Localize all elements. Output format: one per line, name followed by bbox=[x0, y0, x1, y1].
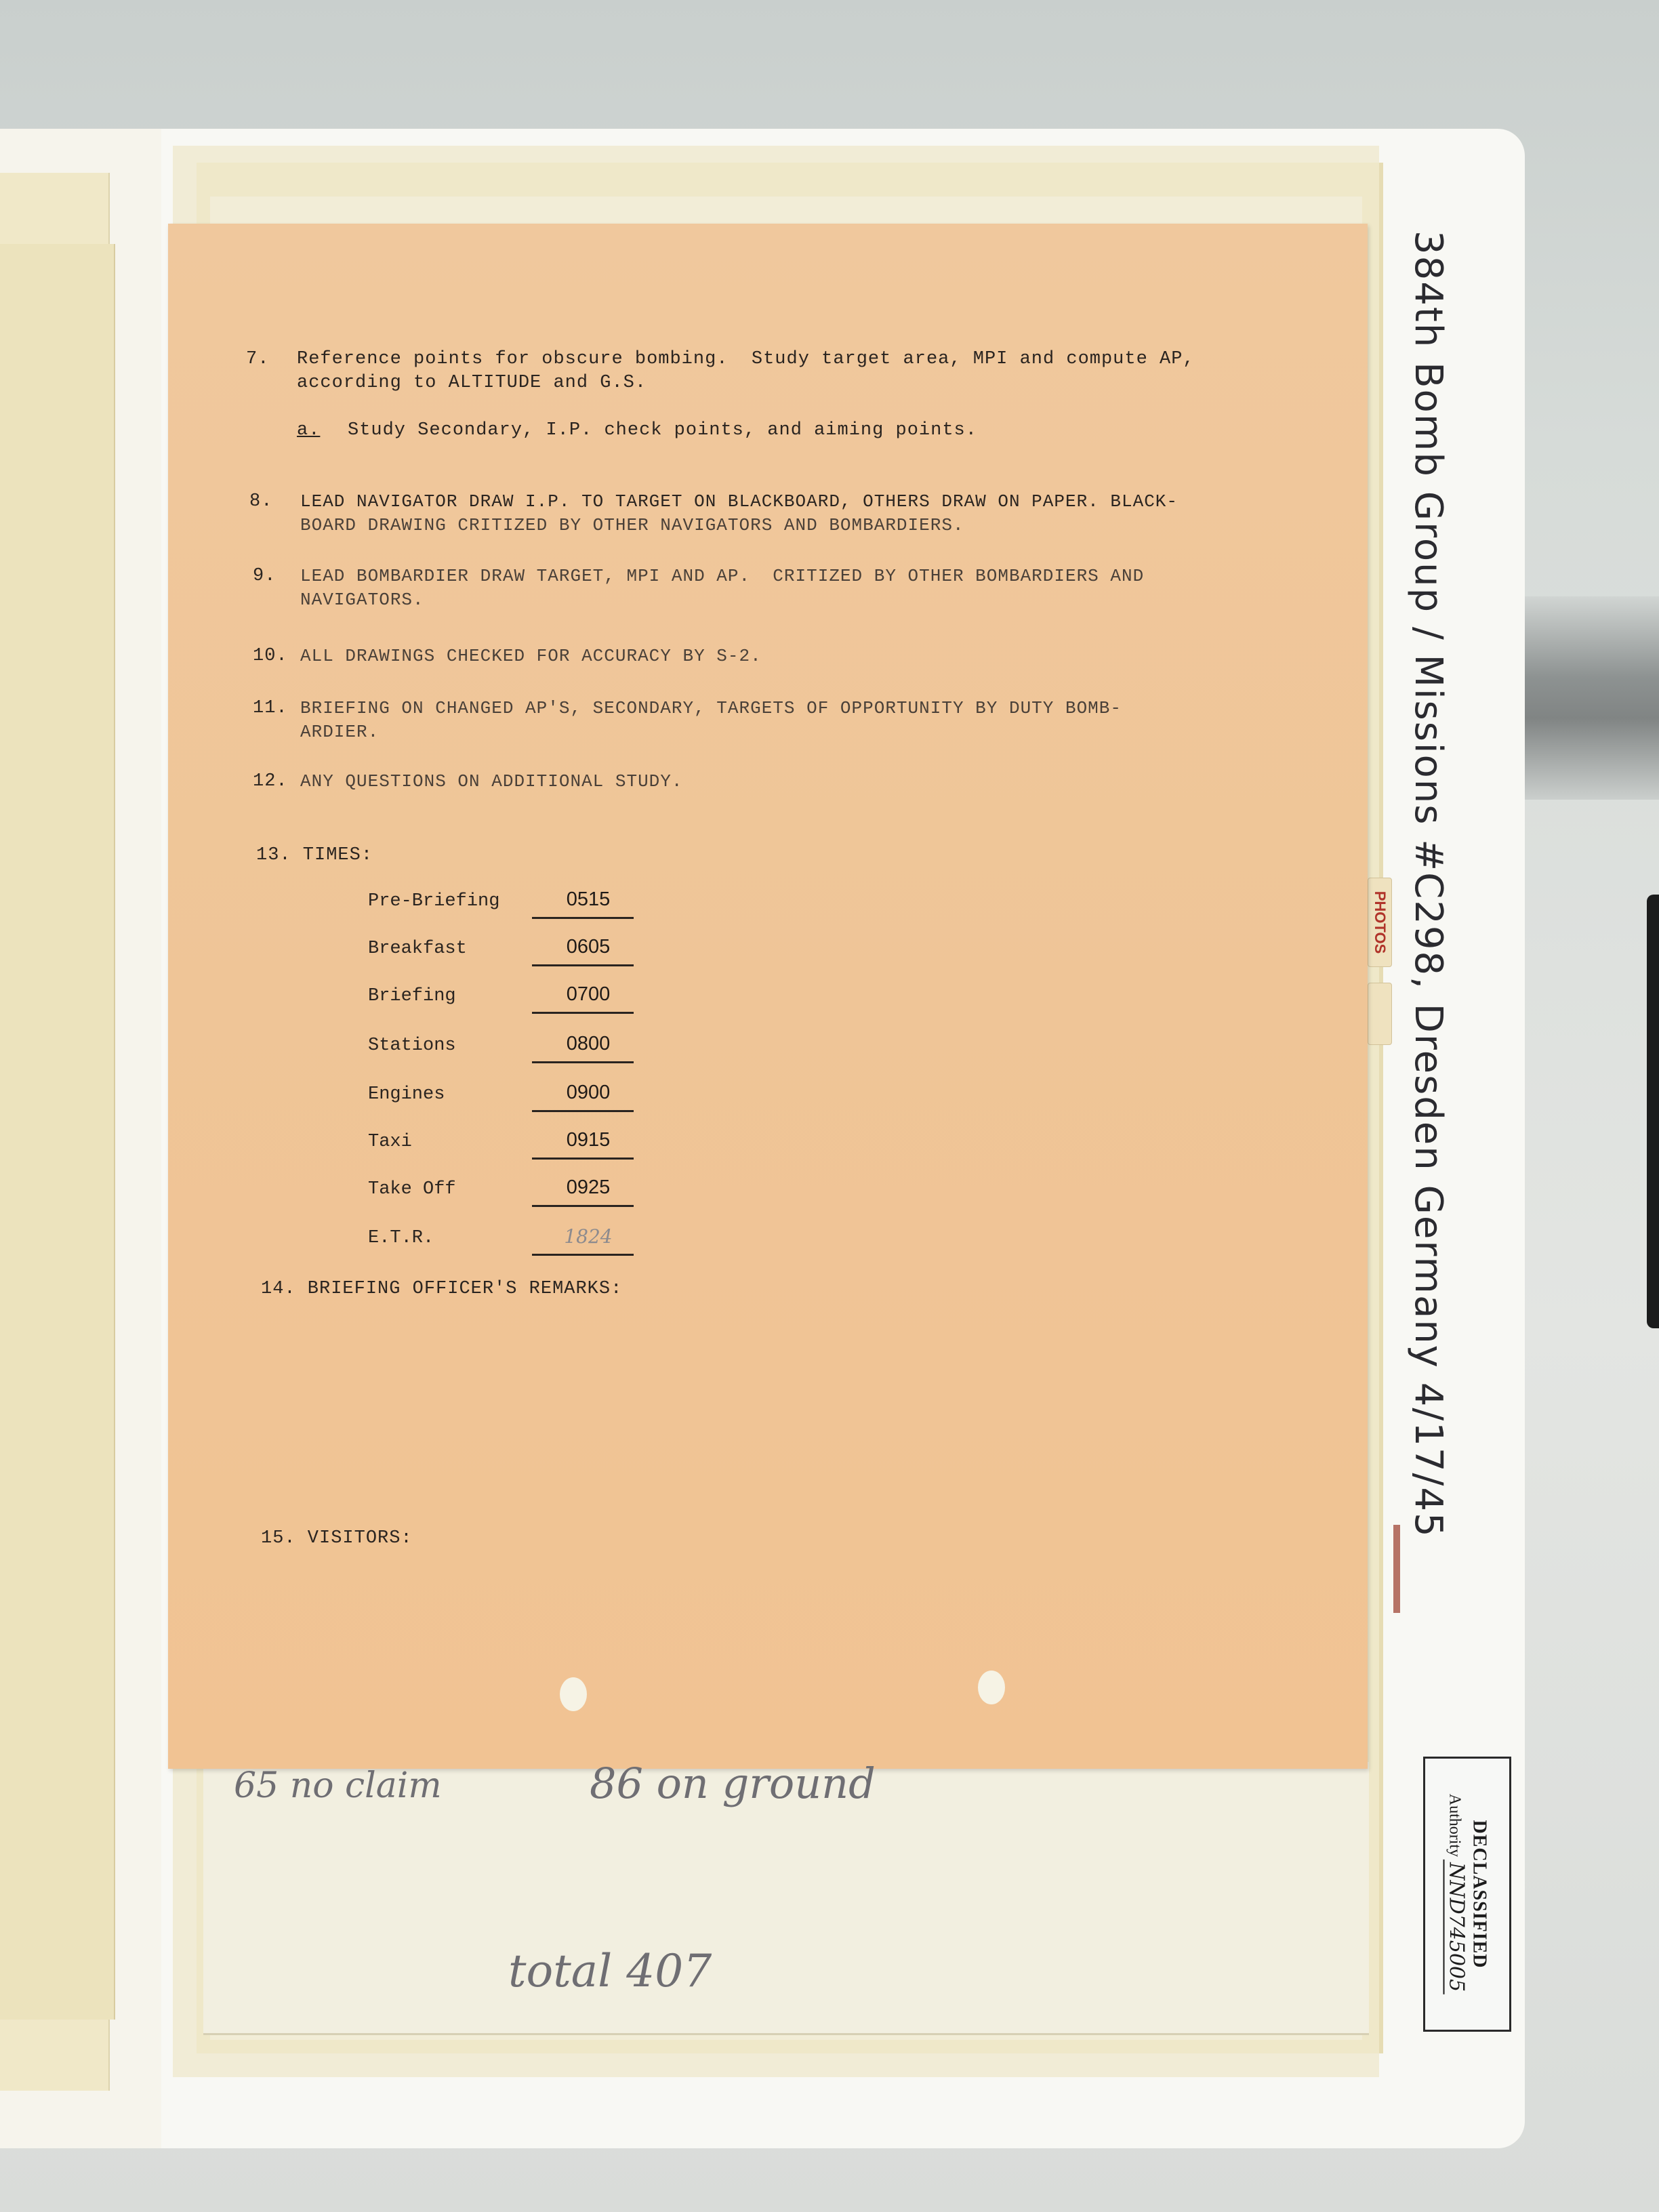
folder-spine-label: 384th Bomb Group / Missions #C298, Dresd… bbox=[1406, 230, 1450, 1538]
time-label: Stations bbox=[368, 1036, 456, 1056]
item-11-line-2: ARDIER. bbox=[300, 722, 379, 742]
red-tab-edge bbox=[1393, 1525, 1400, 1613]
punch-hole bbox=[560, 1677, 587, 1711]
handwritten-total: total 407 bbox=[508, 1945, 712, 1997]
handwritten-note-no-claim: 65 no claim bbox=[234, 1765, 442, 1806]
item-10-num: 10. bbox=[253, 646, 288, 666]
item-9-line-2: NAVIGATORS. bbox=[300, 590, 424, 610]
time-value: 0605 bbox=[537, 936, 639, 958]
time-label: Engines bbox=[368, 1084, 445, 1105]
item-12-num: 12. bbox=[253, 771, 288, 792]
item-7a-line: Study Secondary, I.P. check points, and … bbox=[348, 420, 977, 441]
fill-line bbox=[532, 1254, 634, 1256]
item-8-line-1: LEAD NAVIGATOR DRAW I.P. TO TARGET ON BL… bbox=[300, 491, 1178, 512]
time-label: Breakfast bbox=[368, 939, 467, 959]
item-7-num: 7. bbox=[246, 349, 269, 369]
remarks-heading: 14. BRIEFING OFFICER'S REMARKS: bbox=[261, 1279, 622, 1299]
briefing-document: 7. Reference points for obscure bombing.… bbox=[168, 224, 1368, 1769]
item-8-line-2: BOARD DRAWING CRITIZED BY OTHER NAVIGATO… bbox=[300, 515, 964, 535]
item-9-num: 9. bbox=[253, 566, 276, 586]
item-9-line-1: LEAD BOMBARDIER DRAW TARGET, MPI AND AP.… bbox=[300, 566, 1144, 586]
fill-line bbox=[532, 917, 634, 919]
time-label: E.T.R. bbox=[368, 1228, 434, 1248]
dark-object-edge bbox=[1647, 895, 1659, 1328]
time-value: 0925 bbox=[537, 1176, 639, 1199]
fill-line bbox=[532, 964, 634, 966]
time-value: 0900 bbox=[537, 1082, 639, 1104]
photos-tab-label: PHOTOS bbox=[1371, 891, 1389, 954]
fill-line bbox=[532, 1061, 634, 1063]
visitors-heading: 15. VISITORS: bbox=[261, 1528, 413, 1549]
time-value-handwritten: 1824 bbox=[537, 1225, 639, 1248]
stamp-authority-label: Authority bbox=[1446, 1794, 1464, 1857]
punch-hole bbox=[978, 1671, 1005, 1704]
handwritten-note-on-ground: 86 on ground bbox=[590, 1759, 876, 1808]
item-7-line-1: Reference points for obscure bombing. St… bbox=[297, 349, 1195, 369]
time-value: 0800 bbox=[537, 1033, 639, 1055]
fill-line bbox=[532, 1158, 634, 1160]
item-11-num: 11. bbox=[253, 698, 288, 718]
fill-line bbox=[532, 1205, 634, 1207]
time-value: 0515 bbox=[537, 888, 639, 911]
item-8-num: 8. bbox=[249, 491, 272, 512]
fill-line bbox=[532, 1110, 634, 1112]
item-7a-num: a. bbox=[297, 420, 320, 441]
declassified-stamp: DECLASSIFIED Authority NND745005 bbox=[1423, 1757, 1511, 2032]
fill-line bbox=[532, 1012, 634, 1014]
folder-tab[interactable] bbox=[1368, 983, 1392, 1045]
time-value: 0700 bbox=[537, 983, 639, 1006]
time-label: Pre-Briefing bbox=[368, 891, 499, 912]
time-label: Take Off bbox=[368, 1179, 456, 1200]
photos-tab[interactable]: PHOTOS bbox=[1368, 878, 1392, 967]
stamp-authority-number: NND745005 bbox=[1443, 1860, 1469, 1994]
time-label: Taxi bbox=[368, 1132, 412, 1152]
item-12-line: ANY QUESTIONS ON ADDITIONAL STUDY. bbox=[300, 771, 683, 792]
item-7-line-2: according to ALTITUDE and G.S. bbox=[297, 373, 647, 393]
item-10-line: ALL DRAWINGS CHECKED FOR ACCURACY BY S-2… bbox=[300, 646, 762, 666]
time-label: Briefing bbox=[368, 986, 456, 1006]
stamp-title: DECLASSIFIED bbox=[1469, 1794, 1490, 1994]
item-11-line-1: BRIEFING ON CHANGED AP'S, SECONDARY, TAR… bbox=[300, 698, 1122, 718]
stamp-content: DECLASSIFIED Authority NND745005 bbox=[1445, 1794, 1490, 1994]
left-paper-sheet-2 bbox=[0, 244, 115, 2020]
time-value: 0915 bbox=[537, 1129, 639, 1151]
times-heading: 13. TIMES: bbox=[256, 845, 373, 865]
